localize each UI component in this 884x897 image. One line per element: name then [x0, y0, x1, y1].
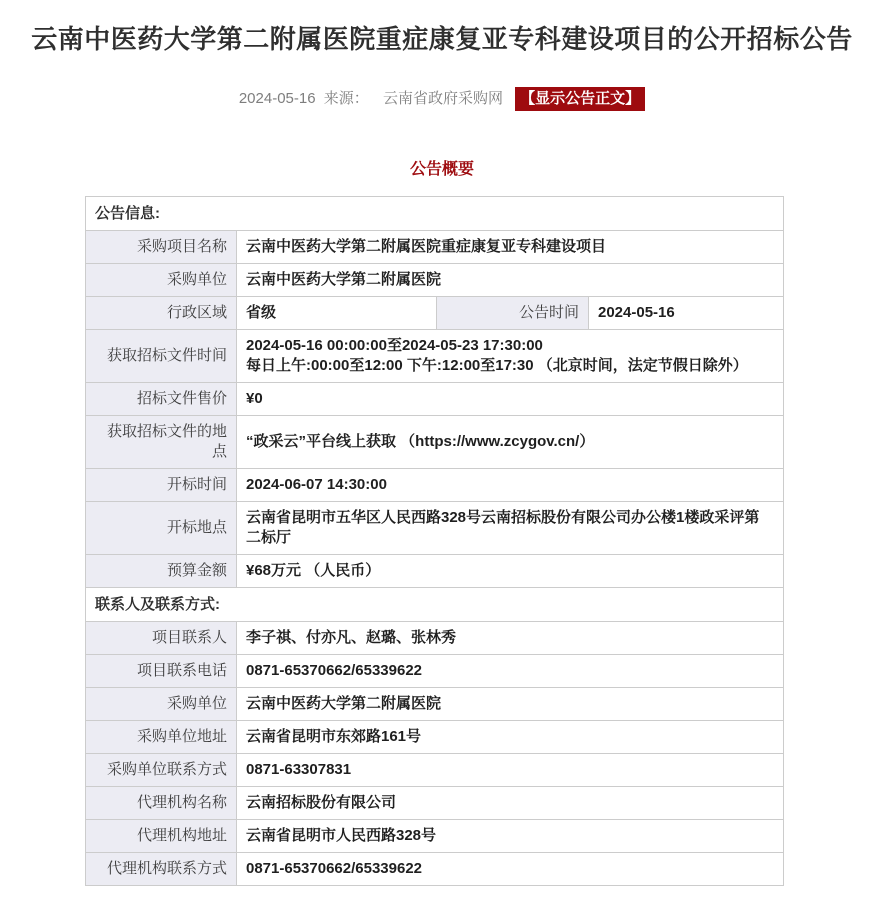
table-row: 采购单位联系方式 0871-63307831: [86, 754, 784, 787]
row-label: 采购单位: [86, 688, 237, 721]
row-value: ¥68万元 （人民币）: [237, 555, 784, 588]
table-row: 项目联系电话 0871-65370662/65339622: [86, 655, 784, 688]
table-row: 项目联系人 李子祺、付亦凡、赵璐、张林秀: [86, 622, 784, 655]
row-label: 采购项目名称: [86, 231, 237, 264]
table-row: 开标时间 2024-06-07 14:30:00: [86, 469, 784, 502]
row-value: 云南省昆明市东郊路161号: [237, 721, 784, 754]
row-label: 公告时间: [437, 297, 589, 330]
row-value: “政采云”平台线上获取 （https://www.zcygov.cn/）: [237, 416, 784, 469]
row-label: 招标文件售价: [86, 383, 237, 416]
row-label: 代理机构地址: [86, 820, 237, 853]
row-value: 云南招标股份有限公司: [237, 787, 784, 820]
row-value: 云南省昆明市人民西路328号: [237, 820, 784, 853]
section-header-contacts: 联系人及联系方式:: [86, 588, 784, 622]
announce-section: 公告信息: 采购项目名称 云南中医药大学第二附属医院重症康复亚专科建设项目 采购…: [86, 197, 784, 588]
row-label: 获取招标文件时间: [86, 330, 237, 383]
table-row: 招标文件售价 ¥0: [86, 383, 784, 416]
show-fulltext-button[interactable]: 【显示公告正文】: [515, 87, 645, 111]
row-value: 0871-65370662/65339622: [237, 853, 784, 886]
table-row: 采购单位 云南中医药大学第二附属医院: [86, 688, 784, 721]
row-label: 开标时间: [86, 469, 237, 502]
row-label: 行政区域: [86, 297, 237, 330]
row-value: ¥0: [237, 383, 784, 416]
row-value: 2024-05-16 00:00:00至2024-05-23 17:30:00 …: [237, 330, 784, 383]
table-row: 行政区域 省级 公告时间 2024-05-16: [86, 297, 784, 330]
row-label: 采购单位: [86, 264, 237, 297]
row-value-line1: 2024-05-16 00:00:00至2024-05-23 17:30:00: [246, 336, 774, 356]
source-name: 云南省政府采购网: [383, 90, 503, 107]
contacts-section: 联系人及联系方式: 项目联系人 李子祺、付亦凡、赵璐、张林秀 项目联系电话 08…: [86, 588, 784, 886]
row-value: 云南中医药大学第二附属医院重症康复亚专科建设项目: [237, 231, 784, 264]
table-row: 获取招标文件的地点 “政采云”平台线上获取 （https://www.zcygo…: [86, 416, 784, 469]
row-label: 代理机构联系方式: [86, 853, 237, 886]
row-label: 项目联系电话: [86, 655, 237, 688]
row-value: 2024-06-07 14:30:00: [237, 469, 784, 502]
table-row: 代理机构名称 云南招标股份有限公司: [86, 787, 784, 820]
row-value: 0871-63307831: [237, 754, 784, 787]
row-value: 云南中医药大学第二附属医院: [237, 264, 784, 297]
source-label: 来源：: [324, 90, 369, 107]
table-row: 代理机构联系方式 0871-65370662/65339622: [86, 853, 784, 886]
page-title: 云南中医药大学第二附属医院重症康复亚专科建设项目的公开招标公告: [0, 22, 884, 56]
table-row: 采购单位地址 云南省昆明市东郊路161号: [86, 721, 784, 754]
row-value: 云南省昆明市五华区人民西路328号云南招标股份有限公司办公楼1楼政采评第二标厅: [237, 502, 784, 555]
row-value: 2024-05-16: [589, 297, 784, 330]
table-row: 获取招标文件时间 2024-05-16 00:00:00至2024-05-23 …: [86, 330, 784, 383]
table-row: 代理机构地址 云南省昆明市人民西路328号: [86, 820, 784, 853]
summary-heading: 公告概要: [0, 156, 884, 179]
row-value: 云南中医药大学第二附属医院: [237, 688, 784, 721]
section-header-announce: 公告信息:: [86, 197, 784, 231]
row-label: 预算金额: [86, 555, 237, 588]
row-value-line2: 每日上午:00:00至12:00 下午:12:00至17:30 （北京时间，法定…: [246, 356, 774, 376]
row-label: 采购单位联系方式: [86, 754, 237, 787]
meta-line: 2024-05-16 来源： 云南省政府采购网 【显示公告正文】: [0, 86, 884, 112]
row-label: 开标地点: [86, 502, 237, 555]
row-label: 采购单位地址: [86, 721, 237, 754]
section-header-row: 联系人及联系方式:: [86, 588, 784, 622]
row-value: 李子祺、付亦凡、赵璐、张林秀: [237, 622, 784, 655]
table-row: 采购单位 云南中医药大学第二附属医院: [86, 264, 784, 297]
table-row: 开标地点 云南省昆明市五华区人民西路328号云南招标股份有限公司办公楼1楼政采评…: [86, 502, 784, 555]
row-label: 获取招标文件的地点: [86, 416, 237, 469]
summary-table: 公告信息: 采购项目名称 云南中医药大学第二附属医院重症康复亚专科建设项目 采购…: [85, 196, 784, 886]
table-row: 预算金额 ¥68万元 （人民币）: [86, 555, 784, 588]
row-label: 代理机构名称: [86, 787, 237, 820]
row-value: 0871-65370662/65339622: [237, 655, 784, 688]
publish-date: 2024-05-16: [239, 90, 316, 107]
table-row: 采购项目名称 云南中医药大学第二附属医院重症康复亚专科建设项目: [86, 231, 784, 264]
section-header-row: 公告信息:: [86, 197, 784, 231]
row-value: 省级: [237, 297, 437, 330]
row-label: 项目联系人: [86, 622, 237, 655]
announcement-page: 云南中医药大学第二附属医院重症康复亚专科建设项目的公开招标公告 2024-05-…: [0, 0, 884, 886]
